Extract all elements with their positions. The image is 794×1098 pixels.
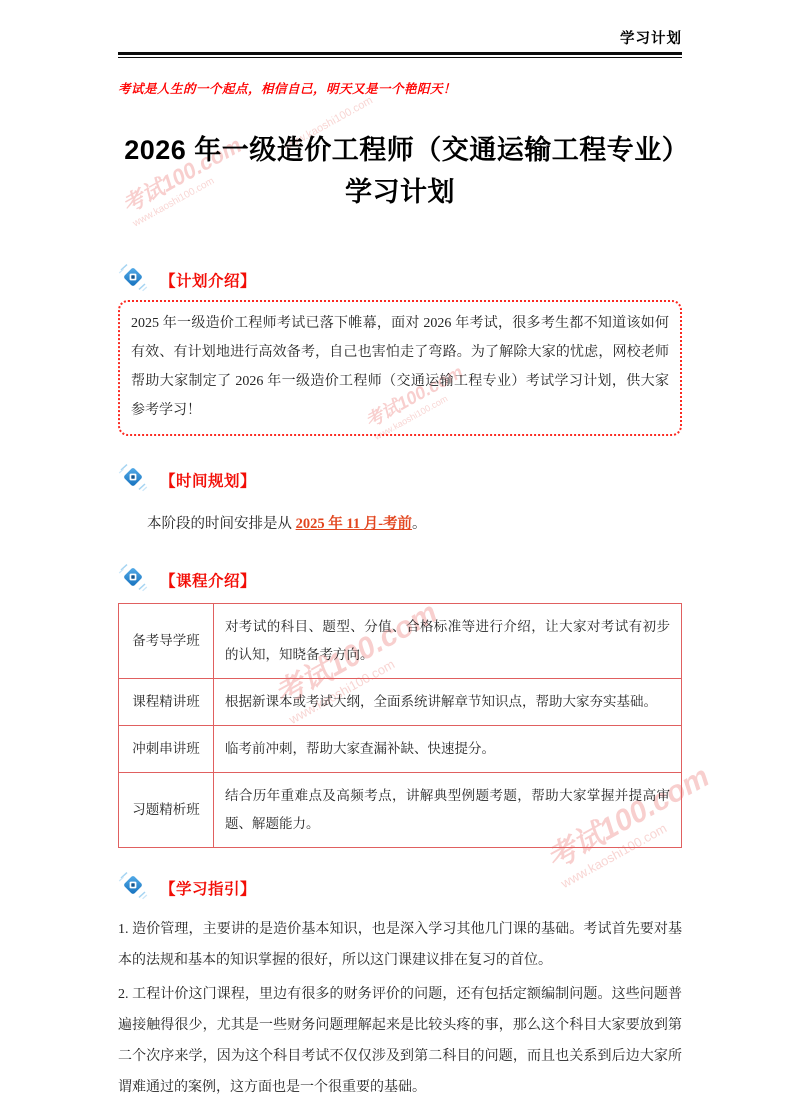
course-desc-cell: 对考试的科目、题型、分值、合格标准等进行介绍，让大家对考试有初步的认知，知晓备考… (214, 603, 682, 678)
plan-intro-box: 2025 年一级造价工程师考试已落下帷幕，面对 2026 年考试，很多考生都不知… (118, 300, 682, 436)
section-plan-intro-heading: 【计划介绍】 (118, 262, 682, 292)
diamond-icon (118, 562, 148, 592)
time-plan-date-range: 2025 年 11 月-考前 (296, 516, 412, 532)
course-name-cell: 课程精讲班 (119, 678, 214, 725)
diamond-icon (118, 262, 148, 292)
header-rule (118, 52, 682, 58)
section-time-plan-heading: 【时间规划】 (118, 462, 682, 492)
running-header: 学习计划 (118, 27, 682, 48)
course-desc-cell: 根据新课本或考试大纲，全面系统讲解章节知识点，帮助大家夯实基础。 (214, 678, 682, 725)
course-desc-cell: 临考前冲刺，帮助大家查漏补缺、快速提分。 (214, 725, 682, 772)
time-plan-suffix: 。 (412, 516, 427, 532)
diamond-icon (118, 870, 148, 900)
course-table: 备考导学班 对考试的科目、题型、分值、合格标准等进行介绍，让大家对考试有初步的认… (118, 603, 682, 848)
table-row: 备考导学班 对考试的科目、题型、分值、合格标准等进行介绍，让大家对考试有初步的认… (119, 603, 682, 678)
table-row: 冲刺串讲班 临考前冲刺，帮助大家查漏补缺、快速提分。 (119, 725, 682, 772)
section-time-plan-label: 【时间规划】 (160, 469, 256, 491)
section-study-guide-heading: 【学习指引】 (118, 870, 682, 900)
time-plan-sentence: 本阶段的时间安排是从 2025 年 11 月-考前。 (118, 512, 682, 536)
section-course-intro-label: 【课程介绍】 (160, 569, 256, 591)
table-row: 课程精讲班 根据新课本或考试大纲，全面系统讲解章节知识点，帮助大家夯实基础。 (119, 678, 682, 725)
course-name-cell: 习题精析班 (119, 772, 214, 847)
motto-line: 考试是人生的一个起点，相信自己，明天又是一个艳阳天！ (118, 79, 682, 97)
time-plan-prefix: 本阶段的时间安排是从 (147, 516, 296, 532)
course-desc-cell: 结合历年重难点及高频考点，讲解典型例题考题，帮助大家掌握并提高审题、解题能力。 (214, 772, 682, 847)
running-header-title: 学习计划 (620, 31, 682, 47)
diamond-icon (118, 462, 148, 492)
course-name-cell: 备考导学班 (119, 603, 214, 678)
section-study-guide-label: 【学习指引】 (160, 877, 256, 899)
study-guide-paragraph-1: 1. 造价管理，主要讲的是造价基本知识，也是深入学习其他几门课的基础。考试首先要… (118, 914, 682, 976)
course-name-cell: 冲刺串讲班 (119, 725, 214, 772)
section-plan-intro-label: 【计划介绍】 (160, 269, 256, 291)
study-guide-paragraph-2: 2. 工程计价这门课程，里边有很多的财务评价的问题，还有包括定额编制问题。这些问… (118, 979, 682, 1098)
table-row: 习题精析班 结合历年重难点及高频考点，讲解典型例题考题，帮助大家掌握并提高审题、… (119, 772, 682, 847)
document-page: 考试100.com www.kaoshi100.com www.kaoshi10… (0, 0, 794, 1098)
page-title: 2026 年一级造价工程师（交通运输工程专业）学习计划 (118, 130, 682, 214)
section-course-intro-heading: 【课程介绍】 (118, 562, 682, 592)
